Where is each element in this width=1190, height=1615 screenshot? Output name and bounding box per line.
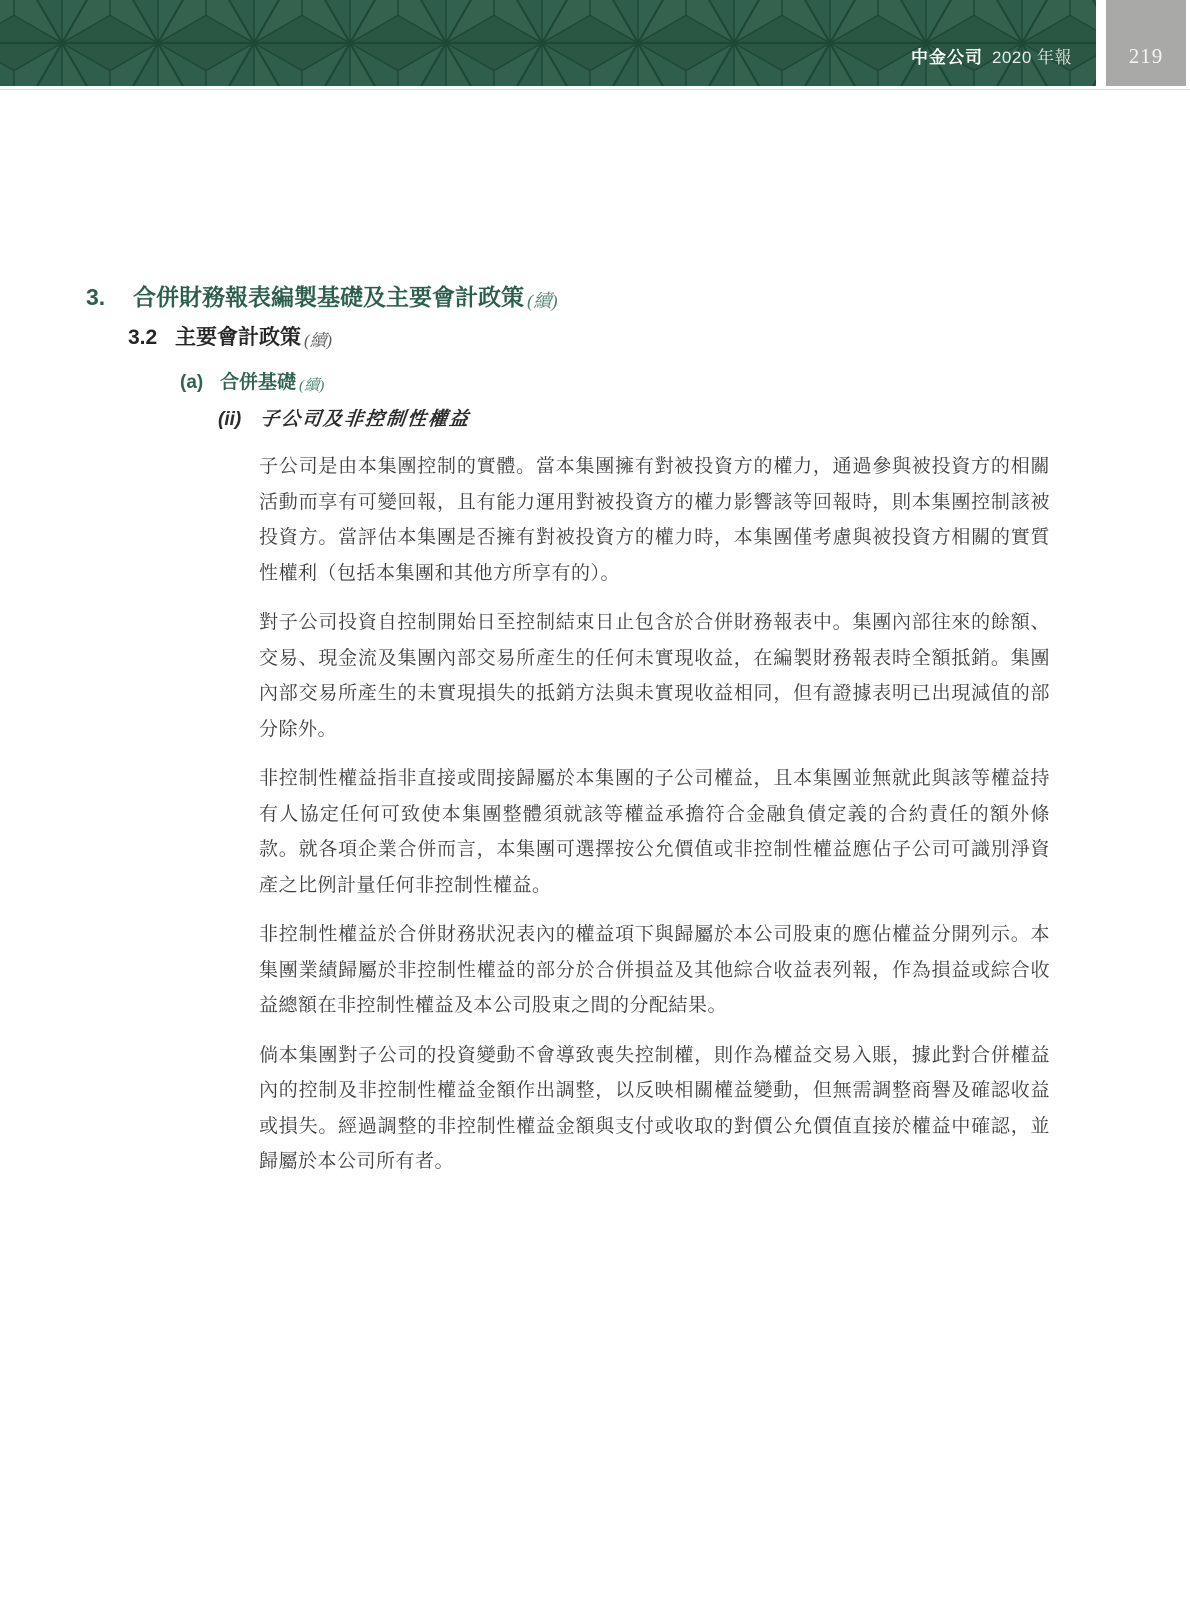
item-a-title: 合併基礎(續) [220,371,324,396]
page-number-box: 219 [1106,0,1186,86]
report-brand: 中金公司2020 年報 [911,49,1072,69]
asanoha-pattern [0,0,1096,86]
subitem-ii-heading: (ii) 子公司及非控制性權益 [218,408,470,432]
report-title: 2020 年報 [992,48,1072,67]
paragraph-4: 非控制性權益於合併財務狀況表內的權益項下與歸屬於本公司股東的應佔權益分開列示。本… [259,917,1050,1024]
paragraph-3: 非控制性權益指非直接或間接歸屬於本集團的子公司權益，且本集團並無就此與該等權益持… [259,761,1050,903]
subsection-title: 主要會計政策(續) [175,325,332,352]
company-name: 中金公司 [911,48,983,67]
header-divider [0,89,1190,90]
section-title: 合併財務報表編製基礎及主要會計政策(續) [133,283,558,313]
subitem-ii-title: 子公司及非控制性權益 [259,408,472,432]
subitem-ii-marker: (ii) [218,408,260,432]
page-number: 219 [1129,0,1164,67]
body-text: 子公司是由本集團控制的實體。當本集團擁有對被投資方的權力，通過參與被投資方的相關… [259,449,1050,1180]
paragraph-2: 對子公司投資自控制開始日至控制結束日止包含於合併財務報表中。集團內部往來的餘額、… [259,605,1050,747]
subsection-continued: (續) [304,331,332,350]
header-green-band: 中金公司2020 年報 [0,0,1096,86]
section-number: 3. [86,283,133,311]
paragraph-1: 子公司是由本集團控制的實體。當本集團擁有對被投資方的權力，通過參與被投資方的相關… [259,449,1050,591]
item-a-heading: (a) 合併基礎(續) [180,371,324,396]
subsection-heading: 3.2 主要會計政策(續) [128,325,332,352]
section-heading: 3. 合併財務報表編製基礎及主要會計政策(續) [86,283,558,313]
page-header: 中金公司2020 年報 219 [0,0,1190,96]
section-continued: (續) [527,291,558,311]
item-a-continued: (續) [299,377,324,394]
subsection-number: 3.2 [128,325,175,351]
item-a-marker: (a) [180,371,220,395]
paragraph-5: 倘本集團對子公司的投資變動不會導致喪失控制權，則作為權益交易入賬，據此對合併權益… [259,1038,1050,1180]
